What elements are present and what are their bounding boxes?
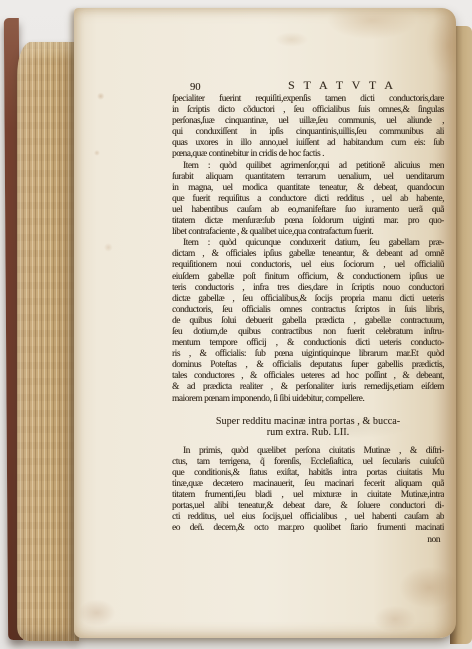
book-page: 90 S T A T V T A ſpecialiter fuerint req…	[74, 8, 456, 638]
text-line: que conditionis,& ſtatus exiſtat, habitã…	[172, 468, 444, 479]
text-line: de quibus ſolui debuerit gabella prædict…	[172, 316, 444, 327]
text-block: 90 S T A T V T A ſpecialiter fuerint req…	[172, 76, 444, 546]
text-line: Item : quòd quilibet agrimenſor,qui ad p…	[172, 161, 444, 172]
text-line: Item : quòd quicunque conduxerit datium,…	[172, 238, 444, 249]
text-line: mentum tempore officij , & conductionis …	[172, 338, 444, 349]
text-line: in ſcriptis dicto cõductori , ſeu offici…	[172, 105, 444, 116]
text-line: pœna,quæ continebitur in cridis de hoc f…	[172, 149, 444, 160]
text-line: tales conductores , & officiales ueteres…	[172, 371, 444, 382]
catchword: non	[172, 535, 444, 546]
page-number: 90	[190, 82, 201, 93]
text-line: in magna, uel modica quantitate teneatur…	[172, 183, 444, 194]
text-line: perſonas,ſuæ cinquantinæ, uel uillæ,ſeu …	[172, 116, 444, 127]
text-line: tinæ,quæ decætero macinauerit, ſeu macin…	[172, 479, 444, 490]
text-line: dominus Poteſtas , & officialis deputatu…	[172, 360, 444, 371]
section-heading-line: rum extra. Rub. LII.	[172, 427, 444, 438]
text-line: libet contrafaciente , & qualibet uice,q…	[172, 227, 444, 238]
text-line: portas,uel alibi teneatur,& debeat dare,…	[172, 501, 444, 512]
text-line: In primis, quòd quælibet perſona ciuitat…	[172, 446, 444, 457]
paragraph-1: ſpecialiter fuerint requiſiti,expenſis t…	[172, 94, 444, 161]
text-line: dictam , & officiales ipſius gabellæ ten…	[172, 249, 444, 260]
text-line: ctus, tam terrigena, q̃ forenſis, Eccleſ…	[172, 457, 444, 468]
running-head: 90 S T A T V T A	[172, 82, 444, 94]
text-line: uel habentibus cauſam ab eo,manifeſtare …	[172, 205, 444, 216]
running-title: S T A T V T A	[288, 80, 396, 91]
text-line: titatem frumenti,ſeu bladi , uel mixturæ…	[172, 490, 444, 501]
text-line: eiuſdem gabellæ poſt finitum officium, &…	[172, 272, 444, 283]
paragraph-2: Item : quòd quilibet agrimenſor,qui ad p…	[172, 161, 444, 239]
text-line: titatem dictæ menſuræ:ſub pœna ſoldorum …	[172, 216, 444, 227]
text-line: eo deñ. decem,& octo mar.pro quolibet ſt…	[172, 523, 444, 534]
text-line: que fuerit requiſitus a conductore dicti…	[172, 194, 444, 205]
section-heading-line: Super redditu macinæ intra portas , & bu…	[172, 416, 444, 427]
text-line: conductoris, ſeu officialis omnes contra…	[172, 305, 444, 316]
text-line: ſurabit aliquam quantitatem terrarum uen…	[172, 172, 444, 183]
text-line: ris , & officialis: ſub pœna uigintiquin…	[172, 349, 444, 360]
paragraph-4: In primis, quòd quælibet perſona ciuitat…	[172, 446, 444, 535]
section-heading: Super redditu macinæ intra portas , & bu…	[172, 416, 444, 438]
text-line: maiorem pœnam imponendo, ſi ſibi uidebit…	[172, 394, 444, 405]
text-line: & ad prædicta realiter , & perſonaliter …	[172, 382, 444, 393]
text-line: requiſitionem noui conductoris, uel eius…	[172, 260, 444, 271]
text-line: dictæ gabellæ , ſeu officialibus,& ſocij…	[172, 294, 444, 305]
page-edges-stack	[17, 42, 79, 641]
text-line: ſeu dotium,de quibus contractibus non fu…	[172, 327, 444, 338]
text-line: teris conductoris , infra tres dies,dare…	[172, 283, 444, 294]
paragraph-3: Item : quòd quicunque conduxerit datium,…	[172, 238, 444, 404]
text-line: ſpecialiter fuerint requiſiti,expenſis t…	[172, 94, 444, 105]
text-line: cti redditus, uel eius ſocijs,uel offici…	[172, 512, 444, 523]
text-line: quas uxores in illo anno,uel iuiſſent ad…	[172, 138, 444, 149]
text-line: qui conduxiſſent in ipſis cinquantinis,u…	[172, 127, 444, 138]
photo-background: 90 S T A T V T A ſpecialiter fuerint req…	[0, 0, 472, 649]
